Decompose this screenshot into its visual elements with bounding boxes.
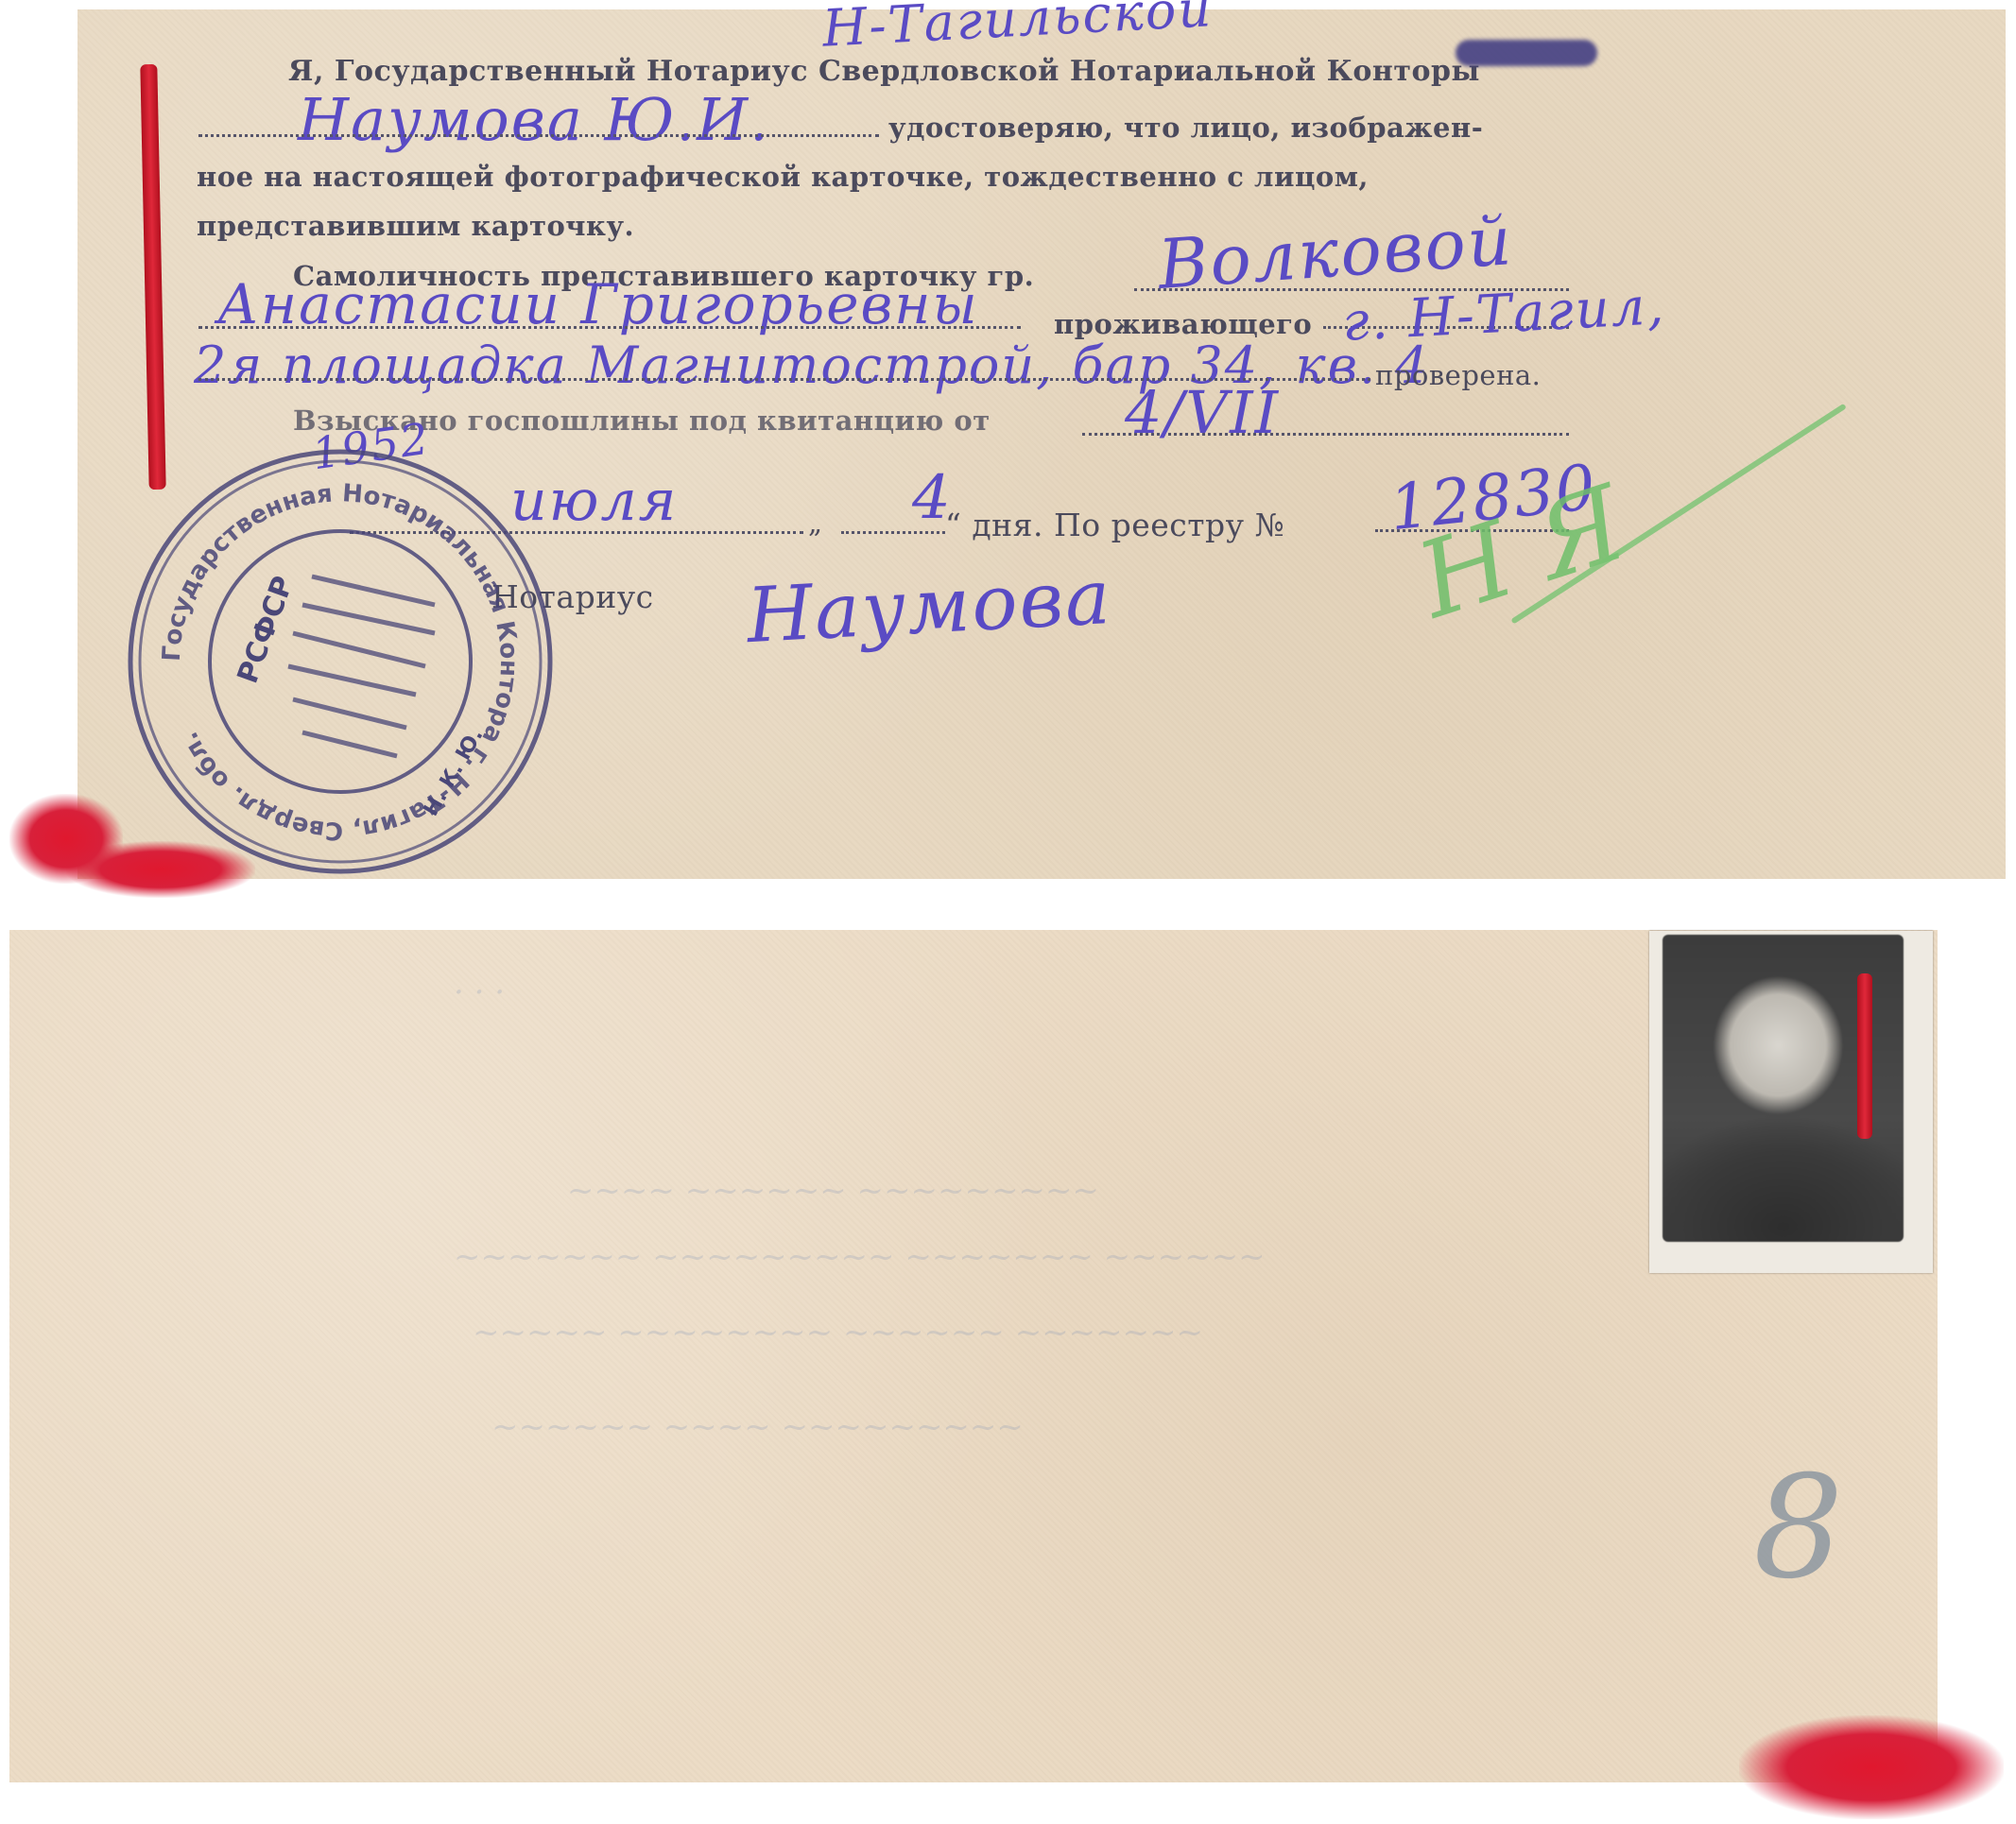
pencil-page-number: 8: [1753, 1446, 1843, 1610]
photo-description: portrait photograph of a woman, sewn wit…: [1649, 1254, 1933, 1267]
seal-center-text: РСФСР: [232, 572, 301, 688]
bleed-through-text: ~~~~~~ ~~~~ ~~~~~~~~~: [491, 1408, 1024, 1446]
official-seal: Государственная Нотариальная Контора г. …: [123, 444, 558, 879]
photo-binding-thread: [1857, 973, 1872, 1139]
bleed-through-text: ~~~~~~~ ~~~~~~~~~ ~~~~~~~ ~~~~~~: [454, 1238, 1266, 1276]
redaction-smudge: [1456, 40, 1597, 66]
svg-text:Государственная Нотариальная К: Государственная Нотариальная Контора г. …: [158, 479, 523, 844]
registry-label: “ дня. По реестру №: [945, 507, 1284, 543]
portrait-photo: portrait photograph of a woman, sewn wit…: [1649, 931, 1933, 1273]
bleed-through-text: ~~~~ ~~~~~~ ~~~~~~~~~: [567, 1172, 1099, 1210]
field-line: [841, 531, 945, 534]
bleed-through-text: ~~~~~ ~~~~~~~~ ~~~~~~ ~~~~~~~: [473, 1314, 1203, 1351]
field-line: [198, 326, 1021, 329]
certify-text: удостоверяю, что лицо, изображен-: [888, 112, 1483, 144]
seal-outer-text: Государственная Нотариальная Контора г. …: [158, 479, 523, 844]
thread-tuft-right: [1739, 1715, 2004, 1819]
handwritten-receipt-date: 4/VII: [1125, 378, 1280, 447]
header-line: Я, Государственный Нотариус Свердловской…: [288, 55, 1480, 88]
verified-text: проверена.: [1375, 359, 1541, 391]
statement-end-text: представившим карточку.: [197, 210, 634, 242]
document-back: [9, 930, 1938, 1782]
statement-text: ное на настоящей фотографической карточк…: [197, 161, 1369, 193]
bleed-through-text: . . .: [454, 964, 505, 1002]
handwritten-notary-name: Наумова Ю.И.: [298, 85, 770, 154]
quote-open: „: [808, 507, 823, 539]
field-line: [198, 134, 879, 137]
